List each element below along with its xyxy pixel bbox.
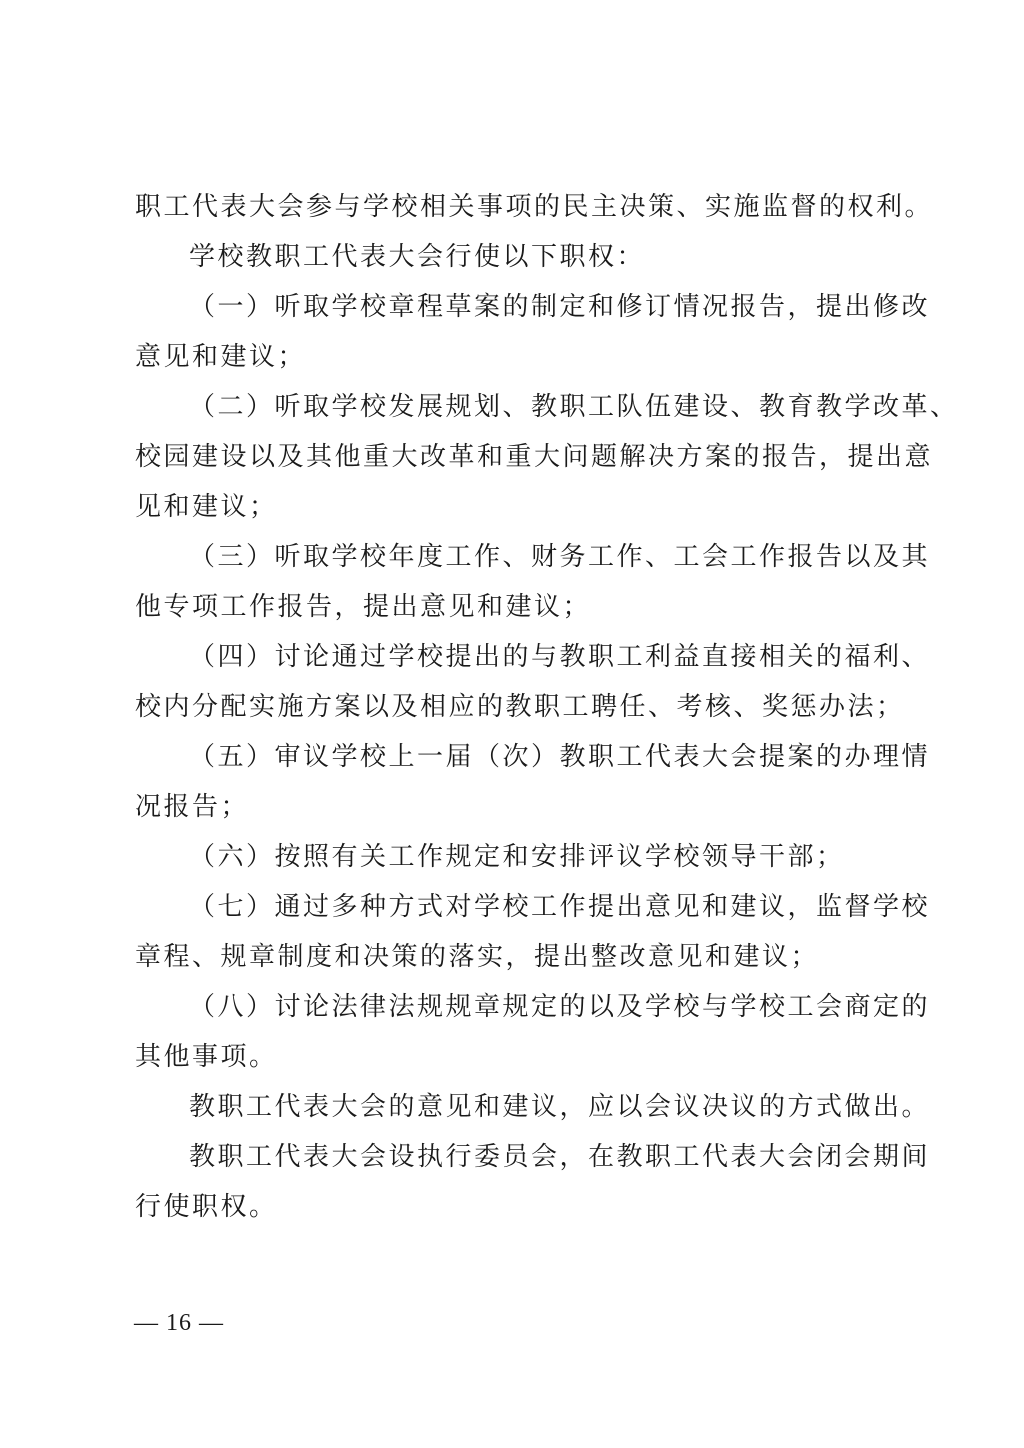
list-item-line: （四）讨论通过学校提出的与教职工利益直接相关的福利、 xyxy=(189,640,895,674)
page-number: — 16 — xyxy=(134,1308,224,1338)
list-item-line: 意见和建议； xyxy=(135,340,306,374)
paragraph-line: 职工代表大会参与学校相关事项的民主决策、实施监督的权利。 xyxy=(135,190,895,224)
list-item-line: （三）听取学校年度工作、财务工作、工会工作报告以及其 xyxy=(189,540,895,574)
list-item-line: （八）讨论法律法规规章规定的以及学校与学校工会商定的 xyxy=(189,990,895,1024)
document-page: 职工代表大会参与学校相关事项的民主决策、实施监督的权利。 学校教职工代表大会行使… xyxy=(0,0,1024,1448)
paragraph-line: 学校教职工代表大会行使以下职权： xyxy=(189,240,645,274)
list-item-line: 校园建设以及其他重大改革和重大问题解决方案的报告，提出意 xyxy=(135,440,895,474)
list-item-line: 见和建议； xyxy=(135,490,278,524)
paragraph-line: 教职工代表大会设执行委员会，在教职工代表大会闭会期间 xyxy=(189,1140,895,1174)
paragraph-line: 行使职权。 xyxy=(135,1190,278,1224)
paragraph-line: 教职工代表大会的意见和建议，应以会议决议的方式做出。 xyxy=(189,1090,895,1124)
list-item-line: （五）审议学校上一届（次）教职工代表大会提案的办理情 xyxy=(189,740,895,774)
list-item-line: 他专项工作报告，提出意见和建议； xyxy=(135,590,591,624)
list-item-line: （六）按照有关工作规定和安排评议学校领导干部； xyxy=(189,840,845,874)
list-item-line: （一）听取学校章程草案的制定和修订情况报告，提出修改 xyxy=(189,290,895,324)
list-item-line: 况报告； xyxy=(135,790,249,824)
list-item-line: （二）听取学校发展规划、教职工队伍建设、教育教学改革、 xyxy=(189,390,895,424)
list-item-line: 其他事项。 xyxy=(135,1040,278,1074)
list-item-line: 章程、规章制度和决策的落实，提出整改意见和建议； xyxy=(135,940,819,974)
list-item-line: 校内分配实施方案以及相应的教职工聘任、考核、奖惩办法； xyxy=(135,690,895,724)
list-item-line: （七）通过多种方式对学校工作提出意见和建议，监督学校 xyxy=(189,890,895,924)
